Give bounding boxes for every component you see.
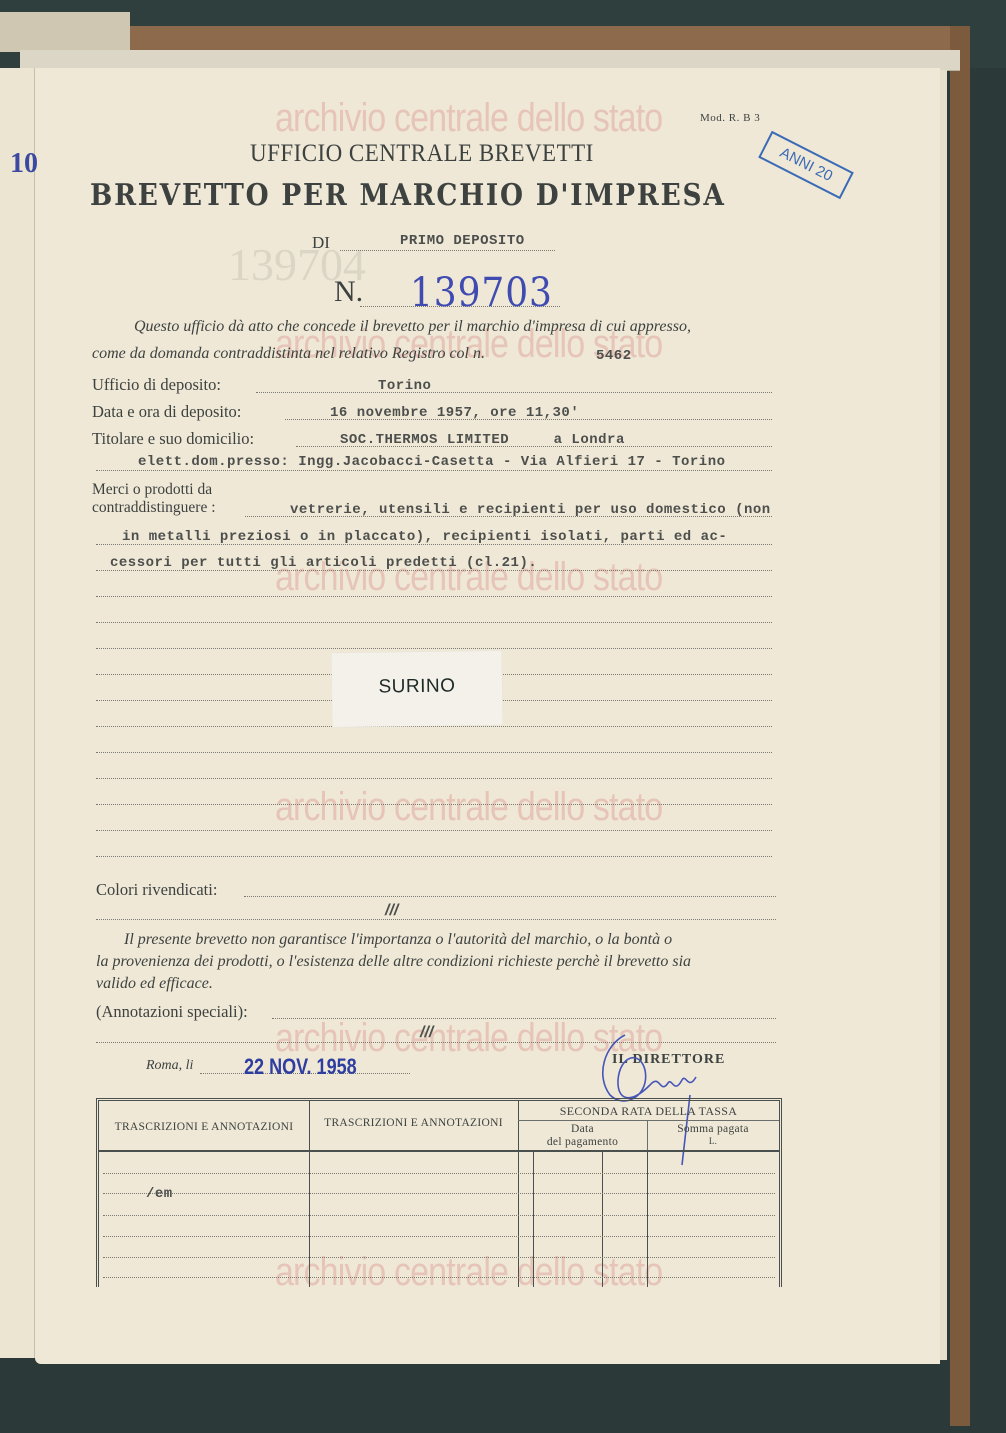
table-entry: /em (146, 1186, 173, 1202)
trademark-specimen: SURINO (331, 651, 502, 727)
merci-value-2: in metalli preziosi o in placcato), reci… (122, 529, 727, 545)
merci-label-1: Merci o prodotti da (92, 481, 212, 499)
table-row-line (103, 1277, 775, 1278)
ruled-line (96, 856, 772, 857)
table-row-line (103, 1215, 775, 1216)
office-title: UFFICIO CENTRALE BREVETTI (250, 140, 594, 168)
model-code: Mod. R. B 3 (700, 112, 760, 124)
leather-binding (130, 26, 950, 52)
document-title: BREVETTO PER MARCHIO D'IMPRESA (90, 178, 726, 213)
ruled-line (96, 596, 772, 597)
disclaimer-line-1: Il presente brevetto non garantisce l'im… (124, 931, 672, 949)
leather-binding-right (950, 26, 970, 1426)
table-subheader-line (518, 1120, 779, 1121)
annotazioni-value: /// (420, 1024, 433, 1042)
ruled-line (96, 830, 772, 831)
ruled-line (96, 622, 772, 623)
left-page-edge (0, 68, 35, 1358)
col3a-header-1: Data (518, 1123, 647, 1135)
col3-header: SECONDA RATA DELLA TASSA (518, 1104, 779, 1119)
number-label: N. (334, 275, 363, 309)
ruled-line (96, 752, 772, 753)
col1-header: TRASCRIZIONI E ANNOTAZIONI (99, 1121, 309, 1133)
table-header-line (99, 1150, 779, 1152)
domicilio-value: elett.dom.presso: Ingg.Jacobacci-Casetta… (138, 454, 726, 470)
data-value: 16 novembre 1957, ore 11,30' (330, 405, 579, 421)
data-label: Data e ora di deposito: (92, 402, 241, 422)
ufficio-value: Torino (378, 378, 431, 394)
trademark-name: SURINO (332, 675, 502, 699)
di-label: DI (312, 233, 330, 253)
ruled-line (96, 804, 772, 805)
place-label: Roma, li (146, 1058, 193, 1074)
domicilio-line (96, 470, 772, 471)
watermark: archivio centrale dello stato (275, 785, 662, 830)
colori-line (244, 896, 776, 897)
ruled-line (96, 648, 772, 649)
transcriptions-table: TRASCRIZIONI E ANNOTAZIONI TRASCRIZIONI … (96, 1098, 782, 1287)
ufficio-line (256, 392, 772, 393)
col2-header: TRASCRIZIONI E ANNOTAZIONI (309, 1117, 518, 1129)
colori-line-2 (96, 919, 776, 920)
titolare-value: SOC.THERMOS LIMITED a Londra (340, 432, 625, 448)
di-line (340, 250, 555, 251)
intro-line-1: Questo ufficio dà atto che concede il br… (134, 318, 691, 336)
di-value: PRIMO DEPOSITO (400, 233, 525, 249)
merci-label-2: contraddistinguere : (92, 499, 216, 517)
col3a-header-2: del pagamento (518, 1136, 647, 1148)
col3b-header-2: L. (647, 1136, 779, 1146)
ruled-line (96, 726, 772, 727)
titolare-label: Titolare e suo domicilio: (92, 429, 254, 449)
table-row-line (103, 1173, 775, 1174)
col3b-header-1: Somma pagata (647, 1123, 779, 1135)
intro-line-2: come da domanda contraddistinta nel rela… (92, 345, 485, 363)
annotazioni-label: (Annotazioni speciali): (96, 1002, 248, 1022)
watermark: archivio centrale dello stato (275, 96, 662, 141)
ruled-line (96, 778, 772, 779)
table-row-line (103, 1193, 775, 1194)
merci-value-3: cessori per tutti gli articoli predetti … (110, 555, 537, 571)
annotazioni-line (272, 1018, 776, 1019)
patent-number: 139703 (410, 270, 553, 316)
colori-label: Colori rivendicati: (96, 880, 217, 900)
disclaimer-line-2: la provenienza dei prodotti, o l'esisten… (96, 953, 691, 971)
table-row-line (103, 1257, 775, 1258)
merci-value-1: vetrerie, utensili e recipienti per uso … (290, 502, 771, 518)
date-stamp: 22 NOV. 1958 (244, 1054, 357, 1080)
colori-value: /// (385, 902, 398, 920)
table-row-line (103, 1236, 775, 1237)
ufficio-label: Ufficio di deposito: (92, 375, 221, 395)
registro-number: 5462 (596, 348, 632, 364)
cloth-spine (0, 12, 130, 52)
disclaimer-line-3: valido ed efficace. (96, 975, 213, 993)
margin-number: 10 (10, 148, 38, 180)
